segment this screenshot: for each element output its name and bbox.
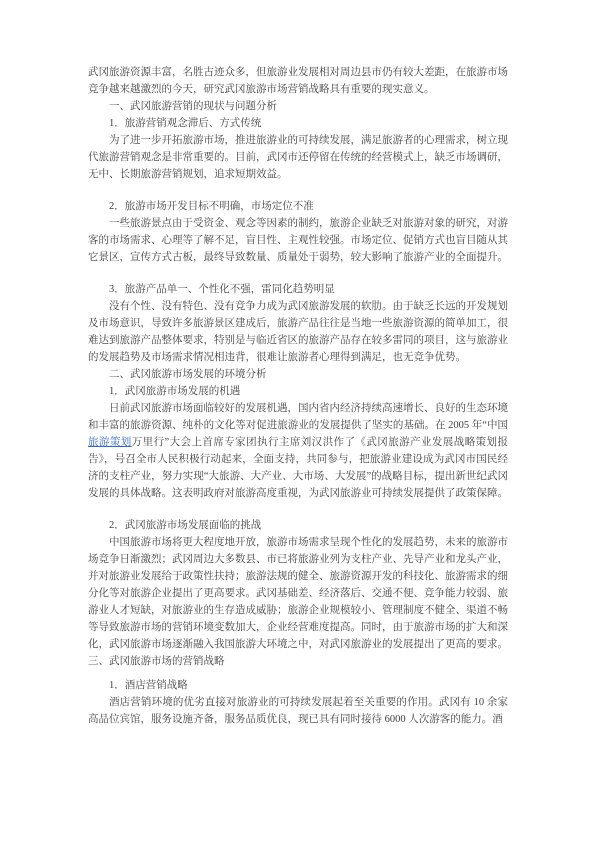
subsection-3-1-paragraph: 酒店营销环境的优劣直接对旅游业的可持续发展起着至关重要的作用。武冈有 10 余家…: [88, 694, 508, 728]
travel-planning-link[interactable]: 旅游策划: [88, 437, 132, 448]
subsection-3-1: 1．酒店营销战略 酒店营销环境的优劣直接对旅游业的可持续发展起着至关重要的作用。…: [88, 677, 508, 728]
subsection-1-1: 1．旅游营销观念滞后、方式传统 为了进一步开拓旅游市场，推进旅游业的可持续发展，…: [88, 115, 508, 183]
section-3-heading: 三、武冈旅游市场的营销战略: [88, 653, 508, 670]
subsection-1-1-heading: 1．旅游营销观念滞后、方式传统: [88, 115, 508, 132]
subsection-1-3-heading: 3．旅游产品单一、个性化不强，雷同化趋势明显: [88, 281, 508, 298]
paragraph-text-after-link: 万里行”大会上首席专家团执行主席刘汉洪作了《武冈旅游产业发展战略策划报告》，号召…: [88, 437, 508, 499]
subsection-2-2-paragraph: 中国旅游市场将更大程度地开放，旅游市场需求呈现个性化的发展趋势，未来的旅游市场竞…: [88, 534, 508, 653]
subsection-1-2: 2．旅游市场开发目标不明确，市场定位不准 一些旅游景点由于受资金、观念等因素的制…: [88, 198, 508, 266]
subsection-2-2-heading: 2．武冈旅游市场发展面临的挑战: [88, 517, 508, 534]
intro-paragraph: 武冈旅游资源丰富，名胜古迹众多，但旅游业发展相对周边县市仍有较大差距，在旅游市场…: [88, 64, 508, 98]
subsection-1-3-paragraph: 没有个性、没有特色、没有竞争力成为武冈旅游发展的软肋。由于缺乏长远的开发规划及市…: [88, 298, 508, 366]
paragraph-text-before-link: 日前武冈旅游市场面临较好的发展机遇，国内省内经济持续高速增长、良好的生态环境和丰…: [88, 403, 508, 431]
subsection-3-1-heading: 1．酒店营销战略: [88, 677, 508, 694]
section-1-heading: 一、武冈旅游营销的现状与问题分析: [88, 98, 508, 115]
subsection-1-2-paragraph: 一些旅游景点由于受资金、观念等因素的制约，旅游企业缺乏对旅游对象的研究，对游客的…: [88, 215, 508, 266]
subsection-2-1: 1．武冈旅游市场发展的机遇 日前武冈旅游市场面临较好的发展机遇，国内省内经济持续…: [88, 383, 508, 502]
subsection-2-1-paragraph: 日前武冈旅游市场面临较好的发展机遇，国内省内经济持续高速增长、良好的生态环境和丰…: [88, 400, 508, 502]
document-page: 武冈旅游资源丰富，名胜古迹众多，但旅游业发展相对周边县市仍有较大差距，在旅游市场…: [0, 0, 595, 842]
subsection-2-1-heading: 1．武冈旅游市场发展的机遇: [88, 383, 508, 400]
subsection-1-2-heading: 2．旅游市场开发目标不明确，市场定位不准: [88, 198, 508, 215]
subsection-1-1-paragraph: 为了进一步开拓旅游市场，推进旅游业的可持续发展，满足旅游者的心理需求，树立现代旅…: [88, 132, 508, 183]
section-2-heading: 二、武冈旅游市场发展的环境分析: [88, 366, 508, 383]
subsection-1-3: 3．旅游产品单一、个性化不强，雷同化趋势明显 没有个性、没有特色、没有竞争力成为…: [88, 281, 508, 366]
subsection-2-2: 2．武冈旅游市场发展面临的挑战 中国旅游市场将更大程度地开放，旅游市场需求呈现个…: [88, 517, 508, 653]
